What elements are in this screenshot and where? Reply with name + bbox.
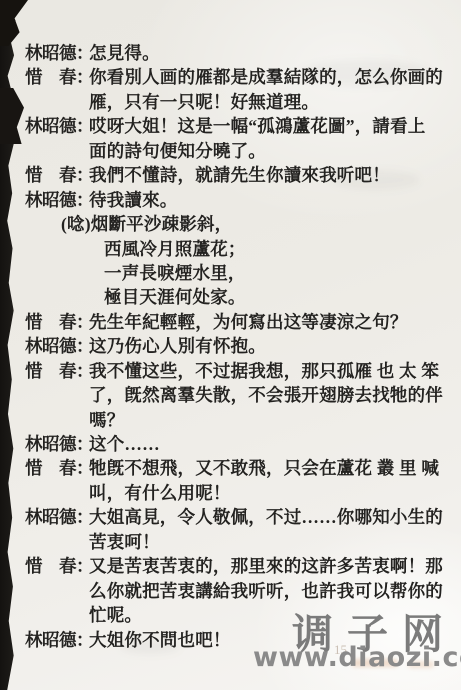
script-line: 惜 春：你看別人画的雁都是成羣結隊的，怎么你画的	[0, 65, 461, 89]
speaker-label: 惜 春：	[25, 554, 89, 578]
speaker-label: 林昭德：	[25, 505, 89, 529]
speaker-label: 惜 春：	[25, 359, 89, 383]
line-text: 怎見得。	[89, 43, 160, 63]
script-line: 惜 春：我們不懂詩，就請先生你讀來我听吧！	[0, 163, 461, 187]
line-text: 待我讀來。	[89, 190, 178, 210]
line-text: 哎呀大姐！这是一幅“孤鴻蘆花圖”，請看上	[89, 116, 426, 136]
speaker-label: 林昭德：	[25, 188, 89, 212]
line-text: 苦衷呵！	[89, 532, 160, 552]
scanned-page: 林昭德：怎見得。惜 春：你看別人画的雁都是成羣結隊的，怎么你画的雁，只有一只呢！…	[0, 0, 461, 690]
line-text: 我不懂这些，不过据我想，那只孤雁 也 太 笨	[89, 361, 439, 381]
script-line: 面的詩句便知分曉了。	[0, 139, 461, 163]
line-text: 么你就把苦衷講給我听听，也許我可以帮你的	[89, 581, 443, 601]
speaker-label: 林昭德：	[25, 432, 89, 456]
script-line: 么你就把苦衷講給我听听，也許我可以帮你的	[0, 579, 461, 603]
line-text: 極目天涯何处家。	[104, 287, 246, 307]
script-line: 雁，只有一只呢！好無道理。	[0, 90, 461, 114]
script-line: 叫，有什么用呢！	[0, 481, 461, 505]
line-text: 西風冷月照蘆花；	[104, 239, 246, 259]
line-text: (唸)烟斷平沙疎影斜，	[61, 214, 232, 234]
script-line: 了，旣然离羣失散，不会張开翅膀去找牠的伴	[0, 383, 461, 407]
scan-corner-artifact	[0, 0, 28, 46]
line-text: 叫，有什么用呢！	[89, 483, 231, 503]
line-text: 嗎？	[89, 410, 124, 430]
script-line: 惜 春：我不懂这些，不过据我想，那只孤雁 也 太 笨	[0, 359, 461, 383]
script-line: 林昭德：这个……	[0, 432, 461, 456]
speaker-label: 林昭德：	[25, 628, 89, 652]
line-text: 先生年紀輕輕，为何寫出这等凄涼之句？	[89, 312, 408, 332]
watermark-site-url: www.diaozi.com	[253, 642, 461, 673]
line-text: 一声長唳煙水里，	[104, 263, 246, 283]
script-line: 極目天涯何处家。	[0, 285, 461, 309]
script-line: 西風冷月照蘆花；	[0, 237, 461, 261]
speaker-label: 惜 春：	[25, 163, 89, 187]
speaker-label: 惜 春：	[25, 65, 89, 89]
speaker-label: 林昭德：	[25, 41, 89, 65]
script-line: 林昭德：这乃伤心人別有怀抱。	[0, 334, 461, 358]
line-text: 大姐高見，令人敬佩，不过……你哪知小生的	[89, 507, 443, 527]
script-line: (唸)烟斷平沙疎影斜，	[0, 212, 461, 236]
speaker-label: 林昭德：	[25, 334, 89, 358]
line-text: 这乃伤心人別有怀抱。	[89, 336, 266, 356]
line-text: 又是苦衷苦衷的，那里來的这許多苦衷啊！那	[89, 556, 443, 576]
script-line: 林昭德：大姐高見，令人敬佩，不过……你哪知小生的	[0, 505, 461, 529]
line-text: 这个……	[89, 434, 160, 454]
line-text: 雁，只有一只呢！好無道理。	[89, 92, 319, 112]
line-text: 了，旣然离羣失散，不会張开翅膀去找牠的伴	[89, 385, 443, 405]
speaker-label: 惜 春：	[25, 310, 89, 334]
script-line: 惜 春：牠旣不想飛，又不敢飛，只会在蘆花 叢 里 喊	[0, 456, 461, 480]
script-line: 林昭德：待我讀來。	[0, 188, 461, 212]
line-text: 你看別人画的雁都是成羣結隊的，怎么你画的	[89, 67, 443, 87]
script-line: 惜 春：又是苦衷苦衷的，那里來的这許多苦衷啊！那	[0, 554, 461, 578]
speaker-label: 惜 春：	[25, 456, 89, 480]
speaker-label: 林昭德：	[25, 114, 89, 138]
line-text: 忙呢。	[89, 605, 142, 625]
script-line: 嗎？	[0, 408, 461, 432]
line-text: 面的詩句便知分曉了。	[89, 141, 266, 161]
script-line: 林昭德：怎見得。	[0, 41, 461, 65]
line-text: 牠旣不想飛，又不敢飛，只会在蘆花 叢 里 喊	[89, 458, 439, 478]
script-line: 苦衷呵！	[0, 530, 461, 554]
script-line: 惜 春：先生年紀輕輕，为何寫出这等凄涼之句？	[0, 310, 461, 334]
script-line: 一声長唳煙水里，	[0, 261, 461, 285]
script-body: 林昭德：怎見得。惜 春：你看別人画的雁都是成羣結隊的，怎么你画的雁，只有一只呢！…	[0, 41, 461, 652]
line-text: 我們不懂詩，就請先生你讀來我听吧！	[89, 165, 390, 185]
script-line: 林昭德：哎呀大姐！这是一幅“孤鴻蘆花圖”，請看上	[0, 114, 461, 138]
line-text: 大姐你不問也吧！	[89, 630, 231, 650]
